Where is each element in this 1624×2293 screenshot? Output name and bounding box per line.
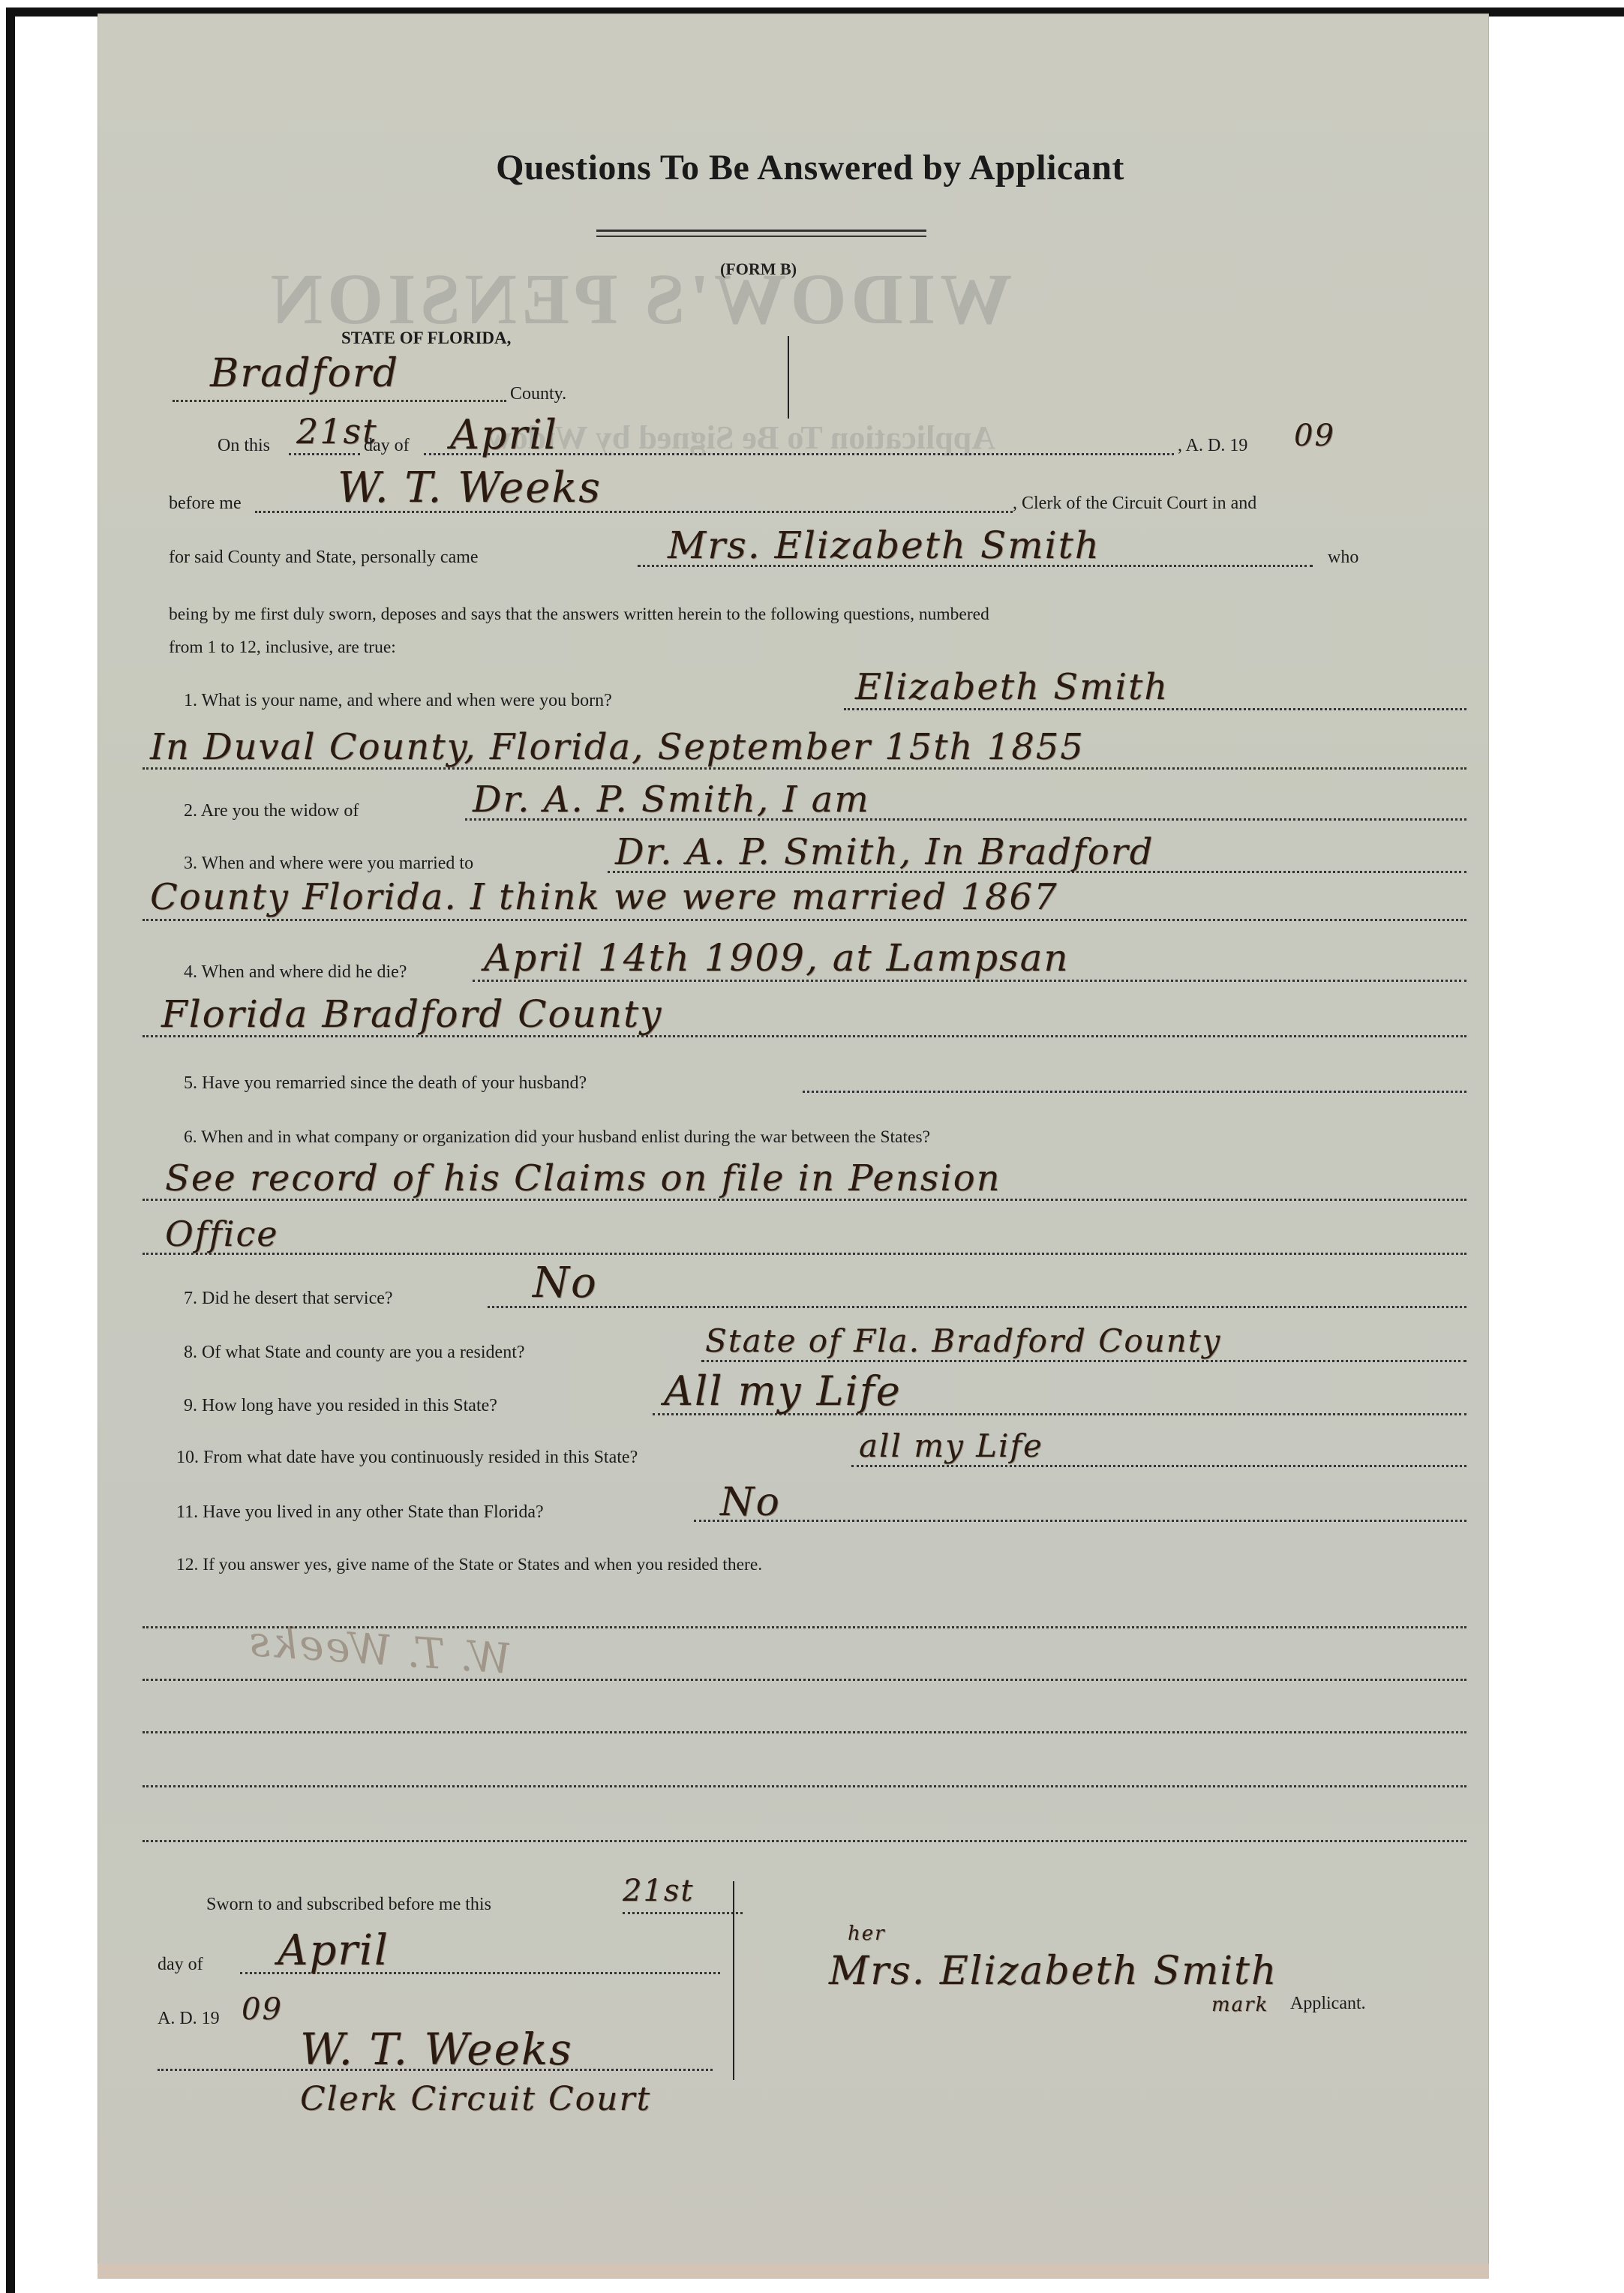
applicant-signature: Mrs. Elizabeth Smith xyxy=(829,1949,1277,1994)
document-page: WIDOW'S PENSION Application To Be Signed… xyxy=(98,14,1489,2279)
scan-frame-left xyxy=(6,8,15,2293)
jurat-sworn-label: Sworn to and subscribed before me this xyxy=(206,1895,491,1915)
q7-answer-line xyxy=(488,1306,1466,1308)
question-3: 3. When and where were you married to xyxy=(184,854,473,874)
bleedthrough-subheading: Application To Be Signed by Widow xyxy=(488,419,995,457)
question-5: 5. Have you remarried since the death of… xyxy=(184,1073,587,1094)
q6-answer2: Office xyxy=(165,1214,278,1254)
clerk-value: W. T. Weeks xyxy=(338,464,602,512)
q7-answer: No xyxy=(533,1259,598,1307)
title-rule-bottom xyxy=(596,236,926,237)
sworn-text-line1: being by me first duly sworn, deposes an… xyxy=(169,605,989,625)
jurat-day-value: 21st xyxy=(623,1874,695,1908)
q10-answer-line xyxy=(851,1465,1466,1467)
q8-answer: State of Fla. Bradford County xyxy=(705,1322,1221,1359)
clerk-label: , Clerk of the Circuit Court in and xyxy=(1013,494,1256,514)
question-2: 2. Are you the widow of xyxy=(184,801,359,821)
q8-answer-line xyxy=(701,1360,1466,1362)
question-1: 1. What is your name, and where and when… xyxy=(184,691,612,711)
applicant-mark-below: mark xyxy=(1211,1994,1268,2016)
question-7: 7. Did he desert that service? xyxy=(184,1289,393,1309)
q11-answer-line xyxy=(694,1520,1466,1522)
question-12: 12. If you answer yes, give name of the … xyxy=(176,1555,762,1575)
county-value: Bradford xyxy=(210,351,399,396)
personally-came-label: for said County and State, personally ca… xyxy=(169,548,479,568)
q10-answer: all my Life xyxy=(859,1427,1043,1464)
question-10: 10. From what date have you continuously… xyxy=(176,1448,638,1468)
q4-answer1: April 14th 1909, at Lampsan xyxy=(484,936,1070,980)
q12-answer-line3 xyxy=(143,1731,1466,1733)
sworn-text-line2: from 1 to 12, inclusive, are true: xyxy=(169,638,396,658)
applicant-label: Applicant. xyxy=(1290,1994,1366,2014)
q4-answer-line1 xyxy=(473,980,1466,982)
question-4: 4. When and where did he die? xyxy=(184,962,407,983)
day-field-line xyxy=(289,453,360,455)
month-value: April xyxy=(450,411,558,458)
q12-answer-line2 xyxy=(143,1679,1466,1681)
who-label: who xyxy=(1328,548,1358,568)
q1-answer1: Elizabeth Smith xyxy=(855,666,1169,708)
q3-answer-line2 xyxy=(143,919,1466,921)
ad-label: , A. D. 19 xyxy=(1178,436,1247,456)
jurat-day-line xyxy=(623,1912,743,1914)
q1-answer-line1 xyxy=(844,708,1466,710)
question-11: 11. Have you lived in any other State th… xyxy=(176,1502,544,1523)
q4-answer2: Florida Bradford County xyxy=(161,992,662,1036)
page-bottom-edge xyxy=(98,2264,1489,2279)
jurat-month-value: April xyxy=(278,1926,389,1975)
state-label: STATE OF FLORIDA, xyxy=(341,329,511,348)
venue-bracket xyxy=(788,336,789,419)
year-value: 09 xyxy=(1294,419,1335,453)
q12-answer-line5 xyxy=(143,1840,1466,1842)
q11-answer: No xyxy=(720,1480,781,1525)
jurat-ad-label: A. D. 19 xyxy=(158,2009,220,2029)
before-me-label: before me xyxy=(169,494,242,514)
q3-answer1: Dr. A. P. Smith, In Bradford xyxy=(615,831,1154,873)
q6-answer-line2 xyxy=(143,1253,1466,1255)
jurat-clerk-title: Clerk Circuit Court xyxy=(300,2080,651,2118)
question-9: 9. How long have you resided in this Sta… xyxy=(184,1396,497,1416)
day-of-label: day of xyxy=(364,436,410,456)
q3-answer2: County Florida. I think we were married … xyxy=(150,876,1058,918)
jurat-clerk-signature: W. T. Weeks xyxy=(300,2024,573,2075)
q6-answer1: See record of his Claims on file in Pens… xyxy=(165,1157,1001,1199)
applicant-mark-above: her xyxy=(848,1922,886,1945)
county-field-line xyxy=(173,400,506,402)
page-title: Questions To Be Answered by Applicant xyxy=(323,147,1298,188)
form-label: (FORM B) xyxy=(720,260,797,279)
jurat-year-value: 09 xyxy=(242,1992,283,2027)
question-6: 6. When and in what company or organizat… xyxy=(184,1127,930,1148)
title-rule-top xyxy=(596,230,926,232)
applicant-value: Mrs. Elizabeth Smith xyxy=(668,524,1100,567)
county-label: County. xyxy=(510,384,566,404)
question-8: 8. Of what State and county are you a re… xyxy=(184,1343,525,1363)
jurat-bracket xyxy=(733,1881,734,2080)
q12-answer-line4 xyxy=(143,1785,1466,1787)
q9-answer: All my Life xyxy=(664,1367,902,1415)
on-this-label: On this xyxy=(218,436,270,456)
q1-answer2: In Duval County, Florida, September 15th… xyxy=(150,726,1085,768)
q5-answer-line xyxy=(803,1091,1466,1093)
q2-answer: Dr. A. P. Smith, I am xyxy=(473,779,870,821)
jurat-day-of-label: day of xyxy=(158,1955,203,1975)
